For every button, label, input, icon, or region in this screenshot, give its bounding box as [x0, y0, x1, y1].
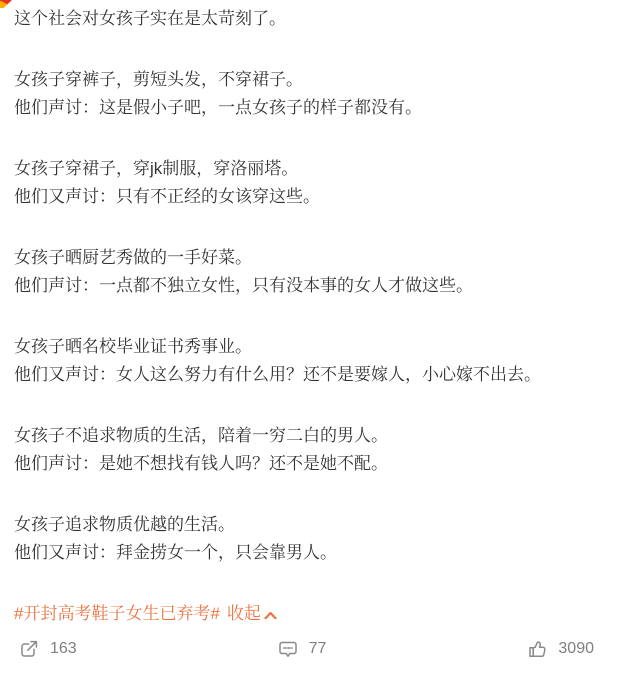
- comment-bubble-icon: [277, 638, 299, 660]
- repost-button[interactable]: 163: [18, 638, 77, 660]
- post-paragraph: 女孩子晒厨艺秀做的一手好菜。 他们声讨：一点都不独立女性，只有没本事的女人才做这…: [14, 244, 613, 300]
- post-text-line: 他们又声讨：女人这么努力有什么用？还不是要嫁人，小心嫁不出去。: [14, 361, 613, 389]
- hashtag-row: #开封高考鞋子女生已弃考# 收起: [14, 600, 613, 628]
- post-paragraph: 这个社会对女孩子实在是太苛刻了。: [14, 5, 613, 33]
- post-text-line: 女孩子晒厨艺秀做的一手好菜。: [14, 244, 613, 272]
- post-paragraph: 女孩子晒名校毕业证书秀事业。 他们又声讨：女人这么努力有什么用？还不是要嫁人，小…: [14, 333, 613, 389]
- post-text-line: 女孩子晒名校毕业证书秀事业。: [14, 333, 613, 361]
- post-text-line: 这个社会对女孩子实在是太苛刻了。: [14, 5, 613, 33]
- post-paragraph: 女孩子穿裤子，剪短头发，不穿裙子。 他们声讨：这是假小子吧，一点女孩子的样子都没…: [14, 66, 613, 122]
- like-count: 3090: [558, 640, 594, 658]
- post-text-line: 女孩子穿裤子，剪短头发，不穿裙子。: [14, 66, 613, 94]
- post-paragraph: 女孩子追求物质优越的生活。 他们又声讨：拜金捞女一个，只会靠男人。: [14, 511, 613, 567]
- post-text-line: 他们又声讨：只有不正经的女该穿这些。: [14, 183, 613, 211]
- repost-share-icon: [18, 638, 40, 660]
- post-body: 这个社会对女孩子实在是太苛刻了。 女孩子穿裤子，剪短头发，不穿裙子。 他们声讨：…: [0, 0, 627, 628]
- weibo-post-detail: 这个社会对女孩子实在是太苛刻了。 女孩子穿裤子，剪短头发，不穿裙子。 他们声讨：…: [0, 0, 627, 674]
- repost-count: 163: [50, 640, 77, 658]
- hashtag-link[interactable]: #开封高考鞋子女生已弃考#: [14, 600, 220, 628]
- post-action-bar: 163 77 3090: [0, 628, 627, 674]
- chevron-up-icon: [264, 611, 277, 620]
- post-text-line: 他们声讨：是她不想找有钱人吗？还不是她不配。: [14, 450, 613, 478]
- comment-button[interactable]: 77: [277, 638, 327, 660]
- post-text-line: 女孩子不追求物质的生活，陪着一穷二白的男人。: [14, 422, 613, 450]
- post-paragraph: 女孩子不追求物质的生活，陪着一穷二白的男人。 他们声讨：是她不想找有钱人吗？还不…: [14, 422, 613, 478]
- collapse-label: 收起: [227, 600, 261, 628]
- thumbs-up-icon: [526, 638, 548, 660]
- collapse-link[interactable]: 收起: [227, 600, 277, 628]
- post-text-line: 女孩子追求物质优越的生活。: [14, 511, 613, 539]
- post-text-line: 他们声讨：这是假小子吧，一点女孩子的样子都没有。: [14, 94, 613, 122]
- post-text-line: 他们声讨：一点都不独立女性，只有没本事的女人才做这些。: [14, 272, 613, 300]
- like-button[interactable]: 3090: [526, 638, 594, 660]
- comment-count: 77: [309, 640, 327, 658]
- post-text-line: 女孩子穿裙子，穿jk制服，穿洛丽塔。: [14, 155, 613, 183]
- post-paragraph: 女孩子穿裙子，穿jk制服，穿洛丽塔。 他们又声讨：只有不正经的女该穿这些。: [14, 155, 613, 211]
- post-text-line: 他们又声讨：拜金捞女一个，只会靠男人。: [14, 539, 613, 567]
